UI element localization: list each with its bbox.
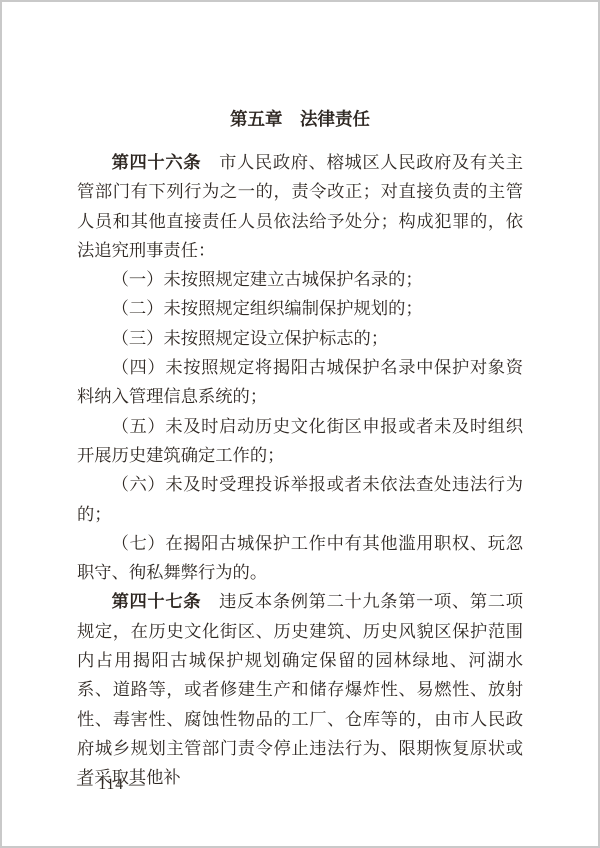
article-47-paragraph: 第四十七条 违反本条例第二十九条第一项、第二项规定，在历史文化街区、历史建筑、历… (77, 587, 523, 792)
chapter-title: 第五章 法律责任 (2, 2, 598, 129)
article-body: 第四十六条 市人民政府、榕城区人民政府及有关主管部门有下列行为之一的，责令改正；… (77, 148, 523, 793)
list-item-5-text: （五）未及时启动历史文化街区申报或者未及时组织开展历史建筑确定工作的； (77, 417, 523, 465)
article-46-label: 第四十六条 (112, 153, 202, 172)
list-item-4: （四）未按照规定将揭阳古城保护名录中保护对象资料纳入管理信息系统的； (77, 353, 523, 412)
list-item-3-text: （三）未按照规定设立保护标志的； (112, 329, 389, 348)
article-46-paragraph: 第四十六条 市人民政府、榕城区人民政府及有关主管部门有下列行为之一的，责令改正；… (77, 148, 523, 265)
list-item-4-text: （四）未按照规定将揭阳古城保护名录中保护对象资料纳入管理信息系统的； (77, 358, 523, 406)
list-item-5: （五）未及时启动历史文化街区申报或者未及时组织开展历史建筑确定工作的； (77, 412, 523, 471)
list-item-7-text: （七）在揭阳古城保护工作中有其他滥用职权、玩忽职守、徇私舞弊行为的。 (77, 534, 523, 582)
list-item-3: （三）未按照规定设立保护标志的； (77, 324, 523, 353)
article-47-text: 违反本条例第二十九条第一项、第二项规定，在历史文化街区、历史建筑、历史风貌区保护… (77, 592, 523, 787)
list-item-1-text: （一）未按照规定建立古城保护名录的； (112, 270, 423, 289)
document-page: 第五章 法律责任 第四十六条 市人民政府、榕城区人民政府及有关主管部门有下列行为… (0, 0, 600, 848)
list-item-2: （二）未按照规定组织编制保护规划的； (77, 294, 523, 323)
list-item-6: （六）未及时受理投诉举报或者未依法查处违法行为的； (77, 470, 523, 529)
list-item-2-text: （二）未按照规定组织编制保护规划的； (112, 299, 423, 318)
list-item-7: （七）在揭阳古城保护工作中有其他滥用职权、玩忽职守、徇私舞弊行为的。 (77, 529, 523, 588)
list-item-6-text: （六）未及时受理投诉举报或者未依法查处违法行为的； (77, 475, 523, 523)
article-47-label: 第四十七条 (112, 592, 202, 611)
page-number: — 114 — (77, 776, 145, 794)
list-item-1: （一）未按照规定建立古城保护名录的； (77, 265, 523, 294)
